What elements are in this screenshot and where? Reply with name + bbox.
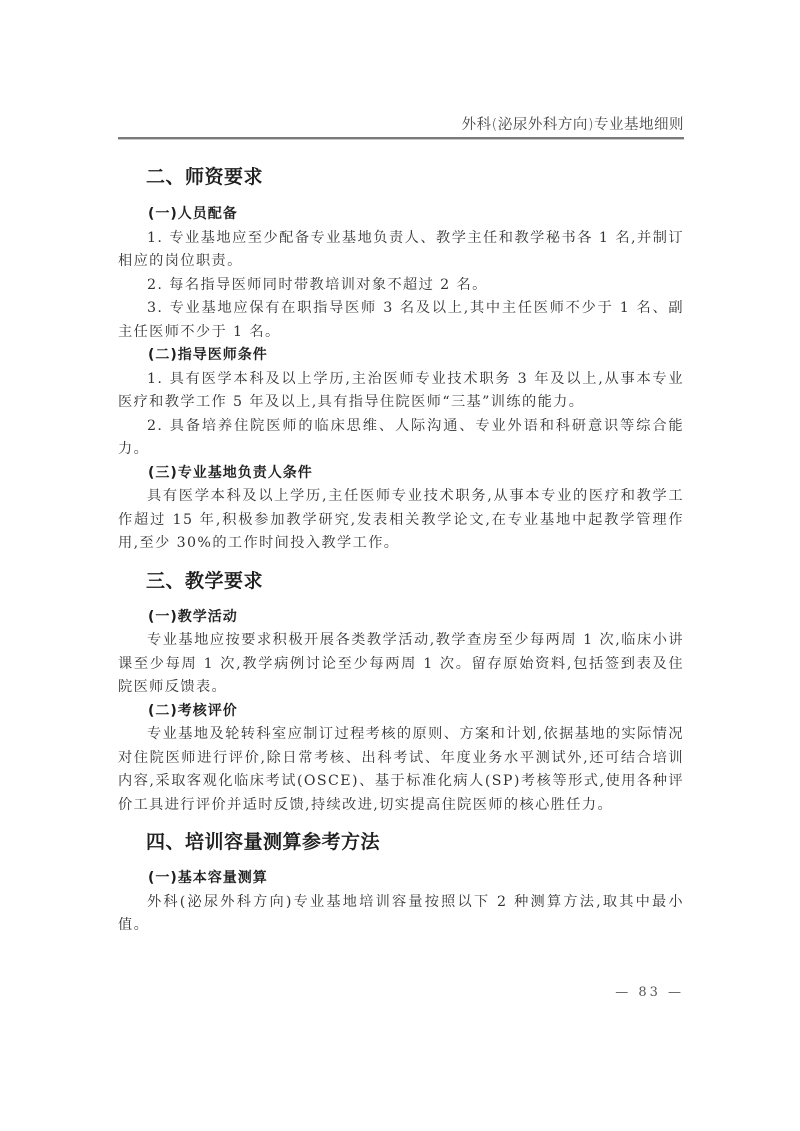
paragraph: 2. 每名指导医师同时带教培训对象不超过 2 名。 [118,274,684,298]
paragraph: 3. 专业基地应保有在职指导医师 3 名及以上,其中主任医师不少于 1 名、副主… [118,297,684,344]
paragraph: 2. 具备培养住院医师的临床思维、人际沟通、专业外语和科研意识等综合能力。 [118,415,684,462]
page-number: — 83 — [615,985,684,1000]
section-heading-teaching-requirements: 三、教学要求 [118,569,684,593]
paragraph: 专业基地应按要求积极开展各类教学活动,教学查房至少每两周 1 次,临床小讲课至少… [118,629,684,700]
section-heading-capacity-method: 四、培训容量测算参考方法 [118,830,684,854]
subheading-staffing: (一)人员配备 [118,203,684,227]
header-rule [118,137,684,140]
page-content: 二、师资要求 (一)人员配备 1. 专业基地应至少配备专业基地负责人、教学主任和… [118,165,684,938]
subheading-base-director-conditions: (三)专业基地负责人条件 [118,462,684,486]
subheading-basic-capacity: (一)基本容量测算 [118,867,684,891]
paragraph: 专业基地及轮转科室应制订过程考核的原则、方案和计划,依据基地的实际情况对住院医师… [118,723,684,817]
paragraph: 1. 专业基地应至少配备专业基地负责人、教学主任和教学秘书各 1 名,并制订相应… [118,227,684,274]
subheading-instructor-conditions: (二)指导医师条件 [118,344,684,368]
subheading-teaching-activities: (一)教学活动 [118,606,684,630]
section-heading-teaching-staff: 二、师资要求 [118,165,684,189]
paragraph: 1. 具有医学本科及以上学历,主治医师专业技术职务 3 年及以上,从事本专业医疗… [118,368,684,415]
running-header: 外科(泌尿外科方向)专业基地细则 [462,113,684,134]
paragraph: 外科(泌尿外科方向)专业基地培训容量按照以下 2 种测算方法,取其中最小值。 [118,891,684,938]
paragraph: 具有医学本科及以上学历,主任医师专业技术职务,从事本专业的医疗和教学工作超过 1… [118,485,684,556]
subheading-assessment: (二)考核评价 [118,700,684,724]
